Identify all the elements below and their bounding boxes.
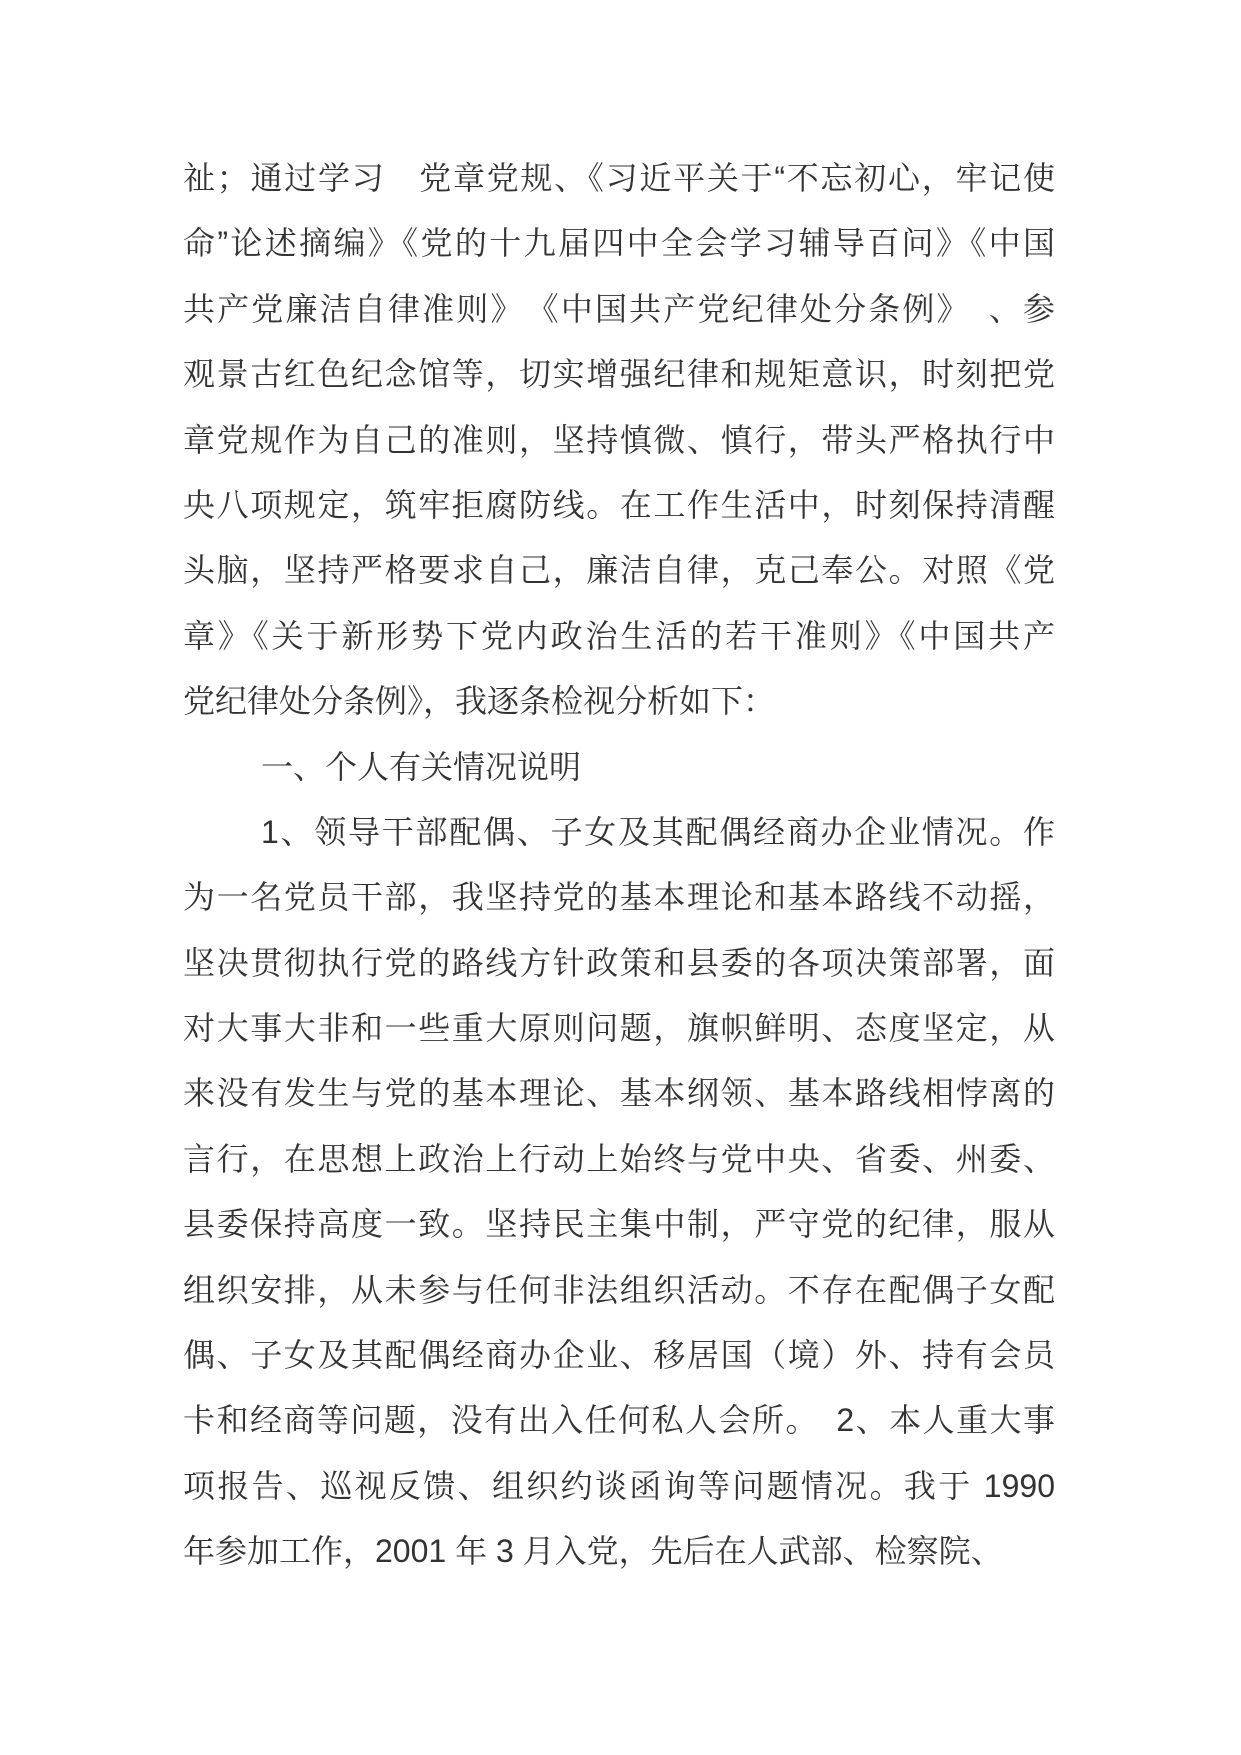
text-line: 言行，在思想上政治上行动上始终与党中央、省委、州委、 [183, 1127, 1055, 1192]
text-line: 央八项规定，筑牢拒腐防线。在工作生活中，时刻保持清醒 [183, 473, 1055, 538]
text-line: 命”论述摘编》《党的十九届四中全会学习辅导百问》《中国 [183, 211, 1055, 276]
text-line: 章党规作为自己的准则，坚持慎微、慎行，带头严格执行中 [183, 408, 1055, 473]
paragraph-start-line: 1、领导干部配偶、子女及其配偶经商办企业情况。作 [183, 800, 1055, 865]
section-heading: 一、个人有关情况说明 [183, 735, 1055, 800]
text-line: 来没有发生与党的基本理论、基本纲领、基本路线相悖离的 [183, 1061, 1055, 1126]
last-visible-line: 年参加工作，2001 年 3 月入党，先后在人武部、检察院、 [183, 1519, 1055, 1584]
text-line: 为一名党员干部，我坚持党的基本理论和基本路线不动摇， [183, 865, 1055, 930]
text-line: 项报告、巡视反馈、组织约谈函询等问题情况。我于 1990 [183, 1454, 1055, 1519]
document-text-block: 祉；通过学习 党章党规、《习近平关于“不忘初心，牢记使 命”论述摘编》《党的十九… [183, 146, 1055, 1585]
text-line: 偶、子女及其配偶经商办企业、移居国（境）外、持有会员 [183, 1323, 1055, 1388]
text-line: 对大事大非和一些重大原则问题，旗帜鲜明、态度坚定，从 [183, 996, 1055, 1061]
text-line: 卡和经商等问题，没有出入任何私人会所。 2、本人重大事 [183, 1388, 1055, 1453]
text-line: 坚决贯彻执行党的路线方针政策和县委的各项决策部署，面 [183, 931, 1055, 996]
text-line: 观景古红色纪念馆等，切实增强纪律和规矩意识，时刻把党 [183, 342, 1055, 407]
text-line: 组织安排，从未参与任何非法组织活动。不存在配偶子女配 [183, 1258, 1055, 1323]
paragraph-end-line: 党纪律处分条例》，我逐条检视分析如下： [183, 669, 1055, 734]
text-line: 祉；通过学习 党章党规、《习近平关于“不忘初心，牢记使 [183, 146, 1055, 211]
text-line: 共产党廉洁自律准则》 《中国共产党纪律处分条例》 、参 [183, 277, 1055, 342]
text-line: 县委保持高度一致。坚持民主集中制，严守党的纪律，服从 [183, 1192, 1055, 1257]
text-line: 头脑，坚持严格要求自己，廉洁自律，克己奉公。对照《党 [183, 538, 1055, 603]
document-page: 祉；通过学习 党章党规、《习近平关于“不忘初心，牢记使 命”论述摘编》《党的十九… [0, 0, 1241, 1755]
text-line: 章》《关于新形势下党内政治生活的若干准则》《中国共产 [183, 604, 1055, 669]
